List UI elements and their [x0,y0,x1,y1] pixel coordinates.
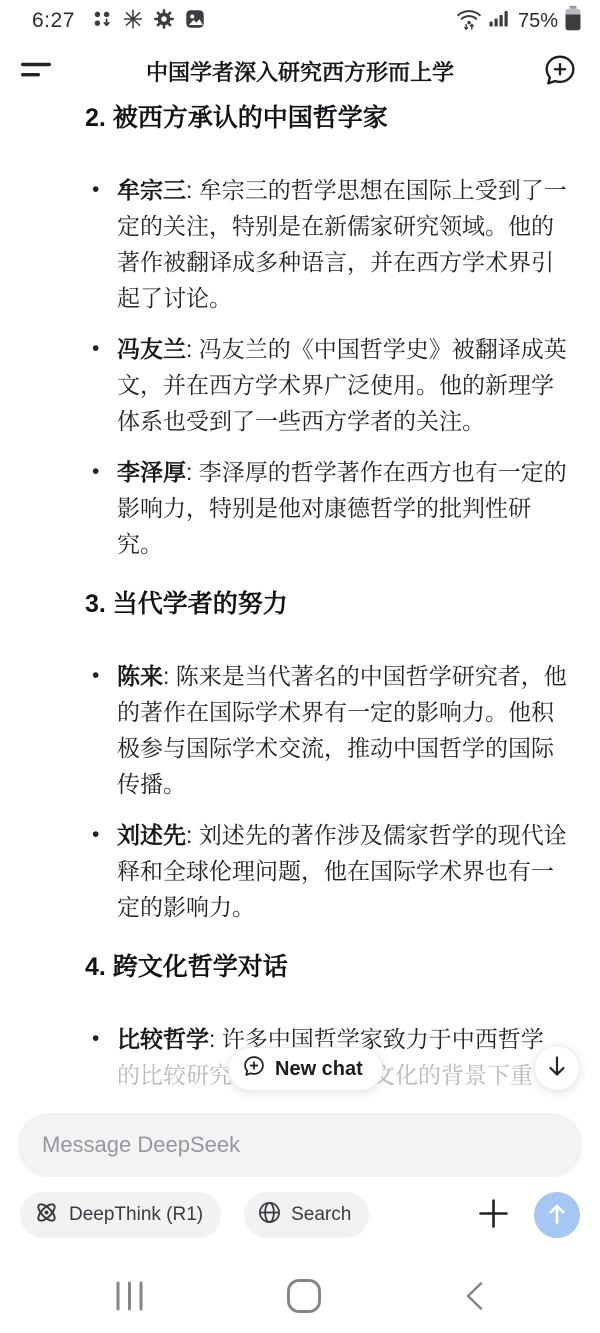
new-chat-header-button[interactable] [541,52,579,90]
chat-scroll-area[interactable]: 2. 被西方承认的中国哲学家 牟宗三: 牟宗三的哲学思想在国际上受到了一定的关注… [85,102,567,1105]
new-chat-bubble-icon [542,52,578,91]
android-nav-bar [0,1261,600,1333]
philosopher-name: 李泽厚 [117,459,186,485]
notification-icons [91,8,206,35]
menu-icon [21,60,53,83]
list-item: 李泽厚: 李泽厚的哲学著作在西方也有一定的影响力，特别是他对康德哲学的批判性研究… [85,454,567,562]
list-item: 牟宗三: 牟宗三的哲学思想在国际上受到了一定的关注，特别是在新儒家研究领域。他的… [85,172,567,316]
signal-icon [489,8,510,34]
back-icon [465,1281,484,1314]
app-header: 中国学者深入研究西方形而上学 [0,42,600,100]
battery-percent: 75% [518,10,558,33]
attach-button[interactable] [475,1197,511,1233]
composer-toolbar: DeepThink (R1) Search [20,1192,580,1238]
arrow-up-icon [546,1202,568,1229]
search-toggle[interactable]: Search [244,1192,369,1238]
content-section: 2. 被西方承认的中国哲学家 牟宗三: 牟宗三的哲学思想在国际上受到了一定的关注… [85,102,567,562]
arrow-down-icon [546,1054,568,1082]
chat-bubble-plus-icon [242,1054,266,1084]
gear-icon [153,8,175,35]
recent-apps-button[interactable] [116,1281,143,1314]
status-bar: 6:27 [0,0,600,42]
gallery-icon [184,8,206,35]
battery-icon [564,5,582,37]
menu-button[interactable] [21,59,55,83]
search-label: Search [291,1204,351,1226]
clock: 6:27 [32,9,75,33]
list-item: 冯友兰: 冯友兰的《中国哲学史》被翻译成英文，并在西方学术界广泛使用。他的新理学… [85,331,567,439]
philosopher-name: 冯友兰 [117,336,186,362]
send-button[interactable] [534,1192,580,1238]
new-chat-button[interactable]: New chat [228,1047,383,1091]
message-input[interactable] [18,1113,582,1177]
deepthink-toggle[interactable]: DeepThink (R1) [20,1192,221,1238]
recents-icon [116,1281,143,1314]
deepthink-label: DeepThink (R1) [69,1204,203,1226]
scroll-to-bottom-button[interactable] [534,1045,580,1091]
wifi-icon [455,7,483,36]
philosopher-name: 陈来 [117,663,163,689]
content-section: 3. 当代学者的努力 陈来: 陈来是当代著名的中国哲学研究者，他的著作在国际学术… [85,588,567,925]
system-status-icons: 75% [455,5,582,37]
plus-icon [477,1197,510,1233]
page-title: 中国学者深入研究西方形而上学 [60,56,540,87]
apps-download-icon [91,8,113,35]
philosopher-name: 刘述先 [117,822,186,848]
list-item: 刘述先: 刘述先的著作涉及儒家哲学的现代诠释和全球伦理问题，他在国际学术界也有一… [85,817,567,925]
back-button[interactable] [465,1281,484,1314]
bullet-list: 陈来: 陈来是当代著名的中国哲学研究者，他的著作在国际学术界有一定的影响力。他积… [85,658,567,925]
home-button[interactable] [286,1278,322,1317]
atom-icon [33,1199,60,1232]
section-heading: 3. 当代学者的努力 [85,588,567,620]
home-icon [286,1278,322,1317]
sparkle-icon [122,8,144,35]
new-chat-label: New chat [275,1058,363,1081]
philosopher-name: 牟宗三 [117,177,186,203]
list-item: 陈来: 陈来是当代著名的中国哲学研究者，他的著作在国际学术界有一定的影响力。他积… [85,658,567,802]
section-heading: 4. 跨文化哲学对话 [85,951,567,983]
faded-text-right: 文化的背景下重 [372,1062,533,1088]
faded-text-left: 的比较研究 [117,1062,232,1088]
globe-icon [257,1200,282,1231]
bullet-list: 牟宗三: 牟宗三的哲学思想在国际上受到了一定的关注，特别是在新儒家研究领域。他的… [85,172,567,562]
philosopher-name: 比较哲学 [117,1026,209,1052]
item-text: : 陈来是当代著名的中国哲学研究者，他的著作在国际学术界有一定的影响力。他积极参… [117,663,567,797]
section-heading: 2. 被西方承认的中国哲学家 [85,102,567,134]
